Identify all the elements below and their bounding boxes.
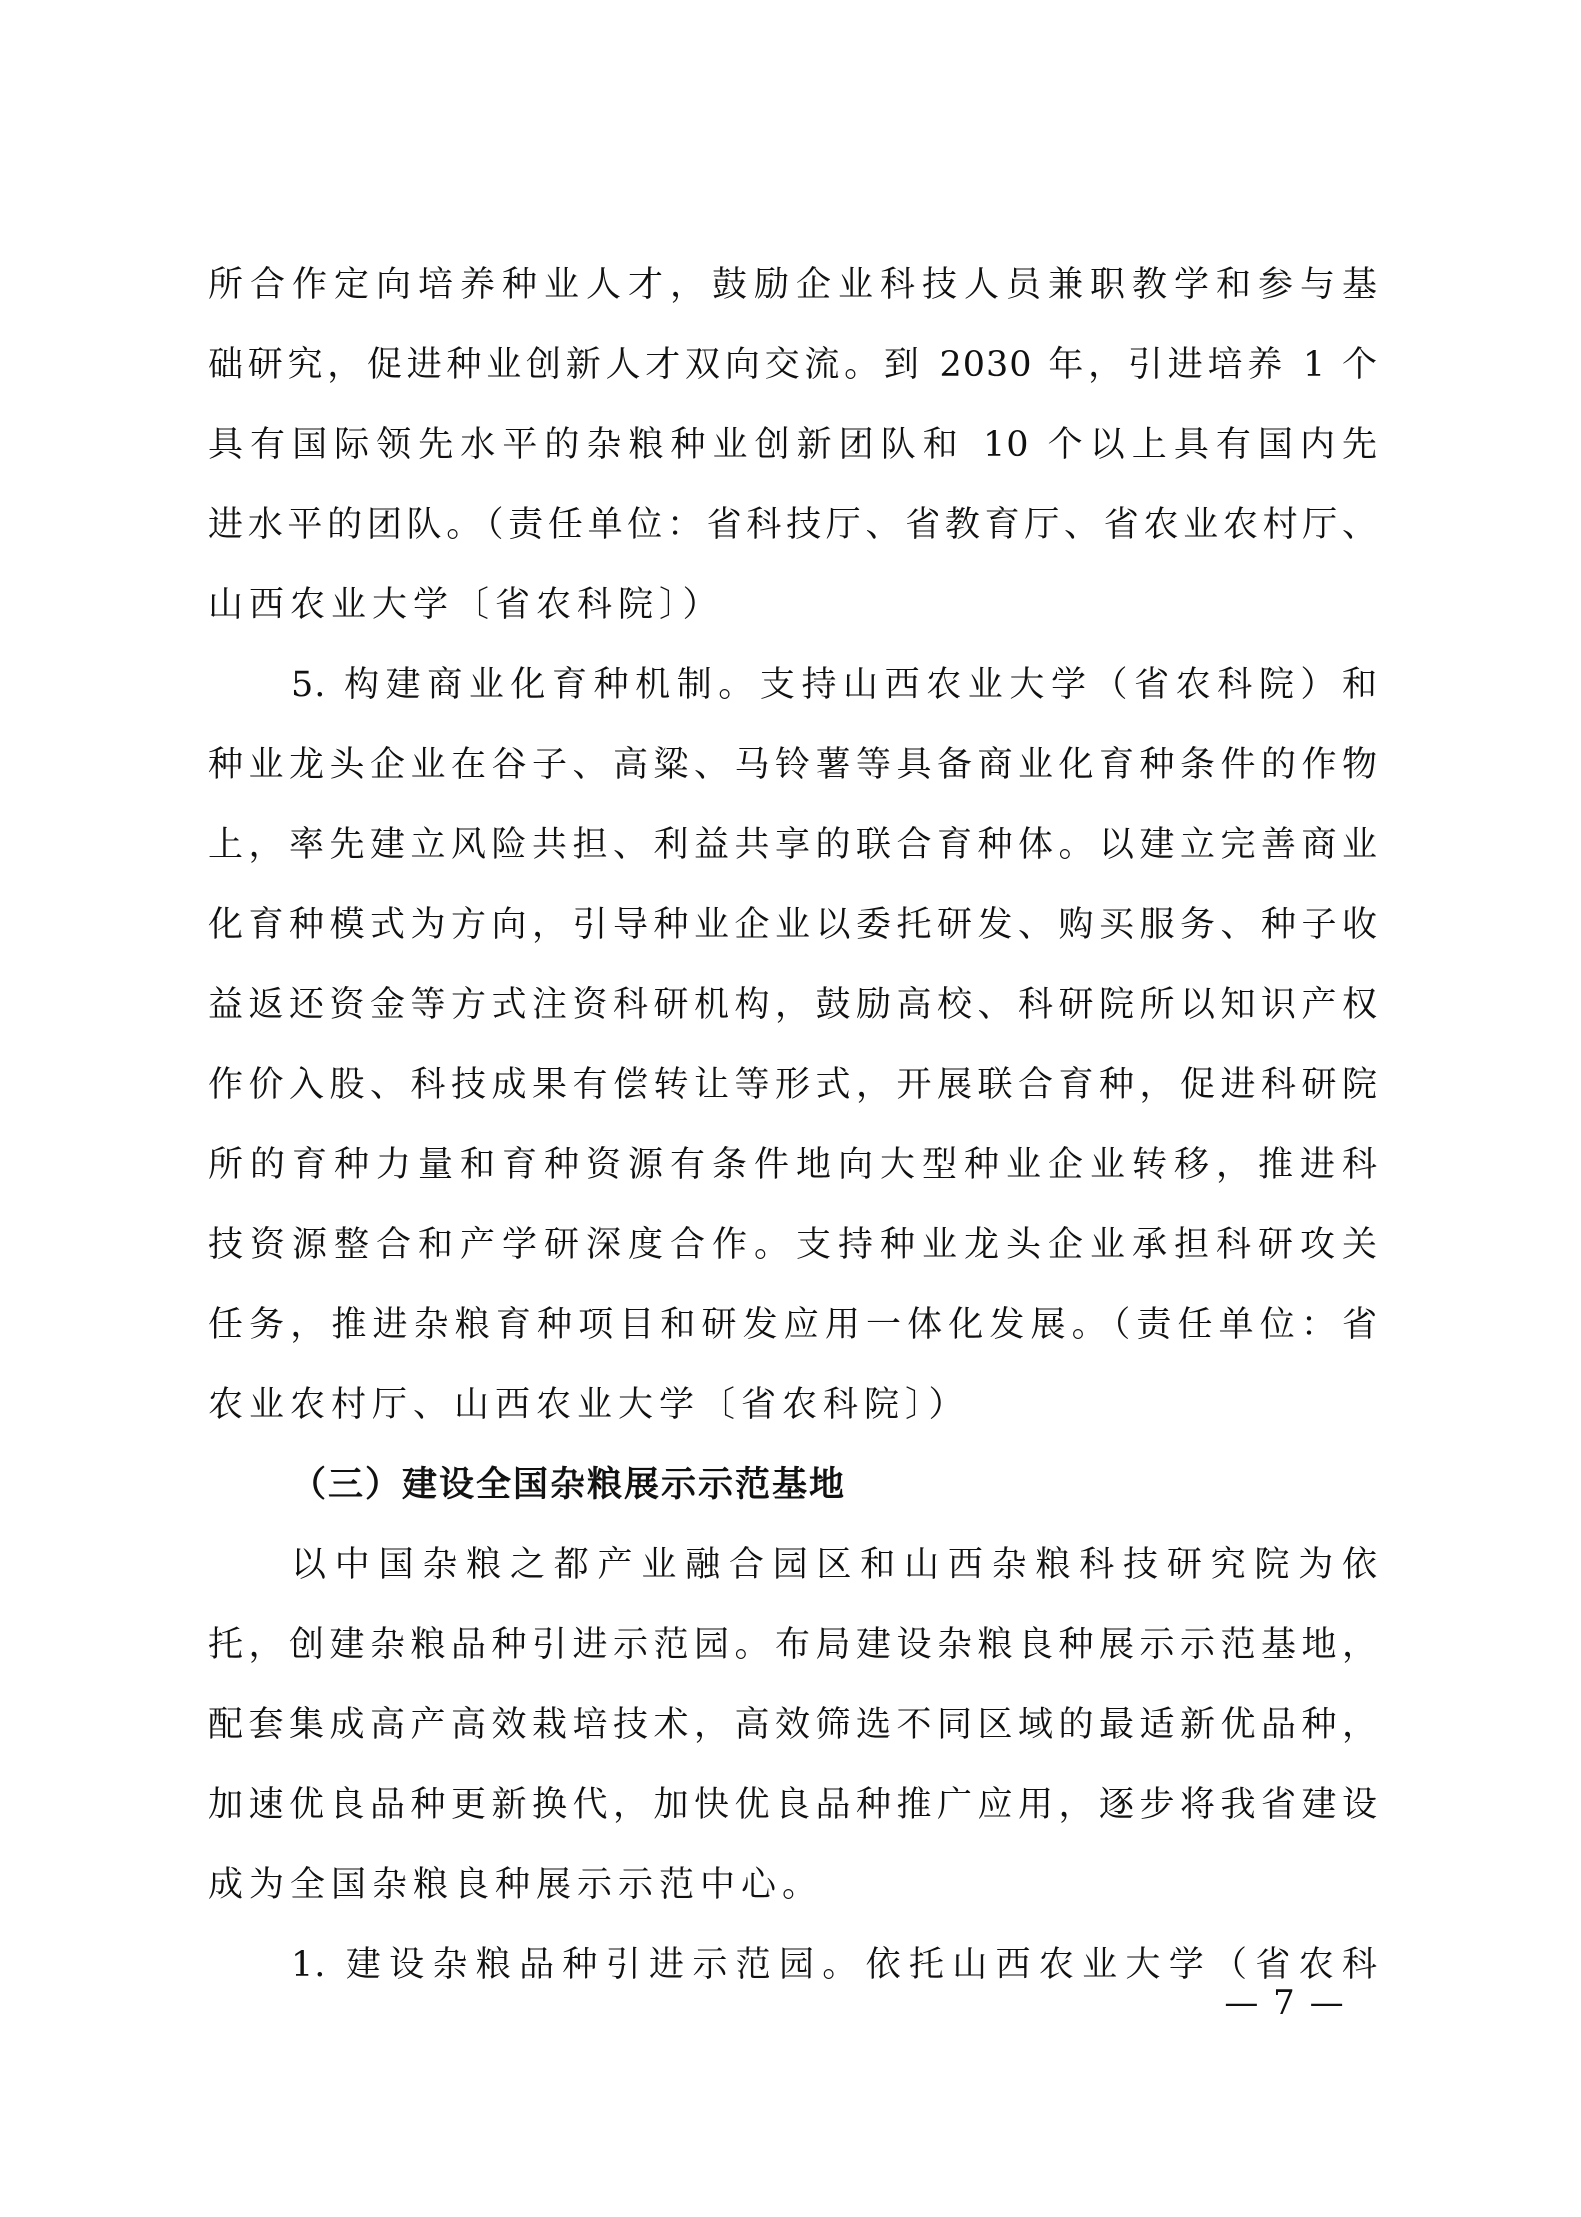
paragraph-line: 农业农村厅、山西农业大学〔省农科院〕） <box>208 1378 1378 1458</box>
paragraph-line: 成为全国杂粮良种展示示范中心。 <box>208 1858 1378 1938</box>
paragraph-line: 5. 构建商业化育种机制。支持山西农业大学（省农科院）和 <box>208 658 1378 738</box>
paragraph-line: 技资源整合和产学研深度合作。支持种业龙头企业承担科研攻关 <box>208 1218 1378 1298</box>
paragraph-line: 具有国际领先水平的杂粮种业创新团队和 10 个以上具有国内先 <box>208 418 1378 498</box>
paragraph-line: 作价入股、科技成果有偿转让等形式，开展联合育种，促进科研院 <box>208 1058 1378 1138</box>
paragraph-line: 所的育种力量和育种资源有条件地向大型种业企业转移，推进科 <box>208 1138 1378 1218</box>
paragraph-line: 所合作定向培养种业人才，鼓励企业科技人员兼职教学和参与基 <box>208 258 1378 338</box>
document-page: 所合作定向培养种业人才，鼓励企业科技人员兼职教学和参与基 础研究，促进种业创新人… <box>0 0 1581 2217</box>
section-heading: （三）建设全国杂粮展示示范基地 <box>208 1458 1378 1538</box>
body-text: 所合作定向培养种业人才，鼓励企业科技人员兼职教学和参与基 础研究，促进种业创新人… <box>208 258 1378 2018</box>
paragraph-line: 配套集成高产高效栽培技术，高效筛选不同区域的最适新优品种， <box>208 1698 1378 1778</box>
paragraph-line: 进水平的团队。（责任单位：省科技厅、省教育厅、省农业农村厅、 <box>208 498 1378 578</box>
paragraph-line: 以中国杂粮之都产业融合园区和山西杂粮科技研究院为依 <box>208 1538 1378 1618</box>
paragraph-line: 础研究，促进种业创新人才双向交流。到 2030 年，引进培养 1 个 <box>208 338 1378 418</box>
paragraph-line: 化育种模式为方向，引导种业企业以委托研发、购买服务、种子收 <box>208 898 1378 978</box>
paragraph-line: 托，创建杂粮品种引进示范园。布局建设杂粮良种展示示范基地， <box>208 1618 1378 1698</box>
page-number: — 7 — <box>1205 1980 1365 2026</box>
paragraph-line: 上，率先建立风险共担、利益共享的联合育种体。以建立完善商业 <box>208 818 1378 898</box>
paragraph-line: 山西农业大学〔省农科院〕） <box>208 578 1378 658</box>
paragraph-line: 1. 建设杂粮品种引进示范园。依托山西农业大学（省农科 <box>208 1938 1378 2018</box>
paragraph-line: 加速优良品种更新换代，加快优良品种推广应用，逐步将我省建设 <box>208 1778 1378 1858</box>
paragraph-line: 益返还资金等方式注资科研机构，鼓励高校、科研院所以知识产权 <box>208 978 1378 1058</box>
paragraph-line: 种业龙头企业在谷子、高粱、马铃薯等具备商业化育种条件的作物 <box>208 738 1378 818</box>
paragraph-line: 任务，推进杂粮育种项目和研发应用一体化发展。（责任单位：省 <box>208 1298 1378 1378</box>
